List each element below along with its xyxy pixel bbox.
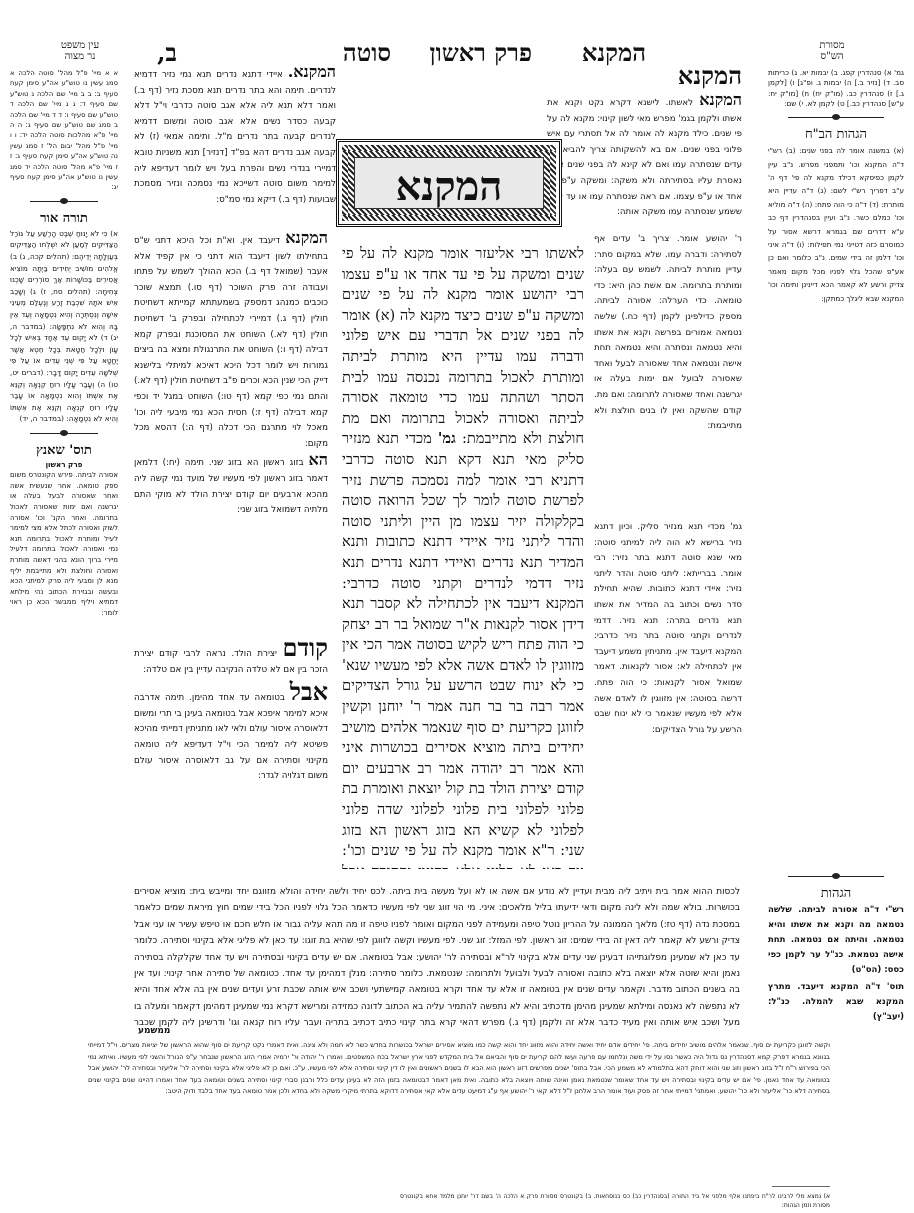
ornament-divider	[788, 117, 884, 118]
rashi-text-middle: ר' יהושע אומר. צריך ב' עדים אף לסתירה: ו…	[594, 232, 742, 435]
footer-divider	[772, 1186, 830, 1187]
gemara-label: גמ'	[438, 430, 456, 447]
tosafot-text-2: דיעבד אין. וא"ת וכל היכא דתני ש"ס בתחילת…	[134, 236, 328, 449]
masoret-label: מסורת הש"ס	[802, 40, 862, 62]
opening-word: המקנא	[354, 157, 544, 209]
tosafot-column: המקנא. איידי דתנא נדרים תנא נמי נזיר דדמ…	[134, 64, 336, 208]
ein-mishpat-label-line2: נר מצוה	[50, 51, 110, 62]
rashi-text-top: המקנא לאשתו. לישנא דקרא נקט וקנא את אשתו…	[547, 92, 742, 221]
tosafot-text-1: איידי דתנא נדרים תנא נמי נזיר דדמיא לנדר…	[134, 70, 336, 205]
hagahot-title: הגהות	[768, 885, 904, 903]
tosafot-text-5: בטומאה עד אחד מהימן. תימה אדרבה איכא למי…	[134, 693, 328, 781]
ein-mishpat-label: עין משפט נר מצוה	[50, 40, 110, 62]
rashi-column: המקנא המקנא לאשתו. לישנא דקרא נקט וקנא א…	[547, 63, 742, 221]
tosafot-dibbur-kodem: קודם	[282, 634, 328, 662]
tosafot-column-2: המקנא דיעבד אין. וא"ת וכל היכא דתני ש"ס …	[134, 230, 328, 620]
tosafot-text-3: בזוג ראשון הא בזוג שני. תימה (יח:) דלמאן…	[134, 458, 328, 515]
mishna-text: לאשתו רבי אליעזר אומר מקנא לה על פי שנים…	[342, 245, 584, 447]
ein-mishpat-column: א א מיי' פ"ל מהל' סוטה הלכה א סמג עשין נ…	[10, 68, 118, 619]
masoret-hashas-column: גמ' א) סנהדרין קפג. ב) יבמות יא. ג) כרית…	[768, 68, 904, 305]
tosafot-dibbur-ha: הא	[309, 450, 328, 469]
hagahot-habach-title: הגהות הב"ח	[768, 126, 904, 144]
masoret-label-line1: מסורת	[802, 40, 862, 51]
tosafot-shantz-text: אסורה לביתה. פירש הקונטרס משום ספק טומאה…	[10, 470, 118, 618]
tosafot-dibbur-aval: אבל	[290, 677, 328, 706]
ornament-divider	[788, 876, 884, 877]
opening-word-frame: המקנא	[336, 139, 562, 227]
torah-or-title: תורה אור	[10, 210, 118, 228]
ein-mishpat-entries: א א מיי' פ"ל מהל' סוטה הלכה א סמג עשין נ…	[10, 68, 118, 193]
tosafot-dibbur-hamakne: המקנא	[285, 230, 328, 247]
rashi-text-bottom: גמ' מכדי תנא מנזיר סליק. וכיון דתנא נזיר…	[594, 520, 742, 738]
ornament-divider	[30, 201, 98, 202]
gemara-main-text: לאשתו רבי אליעזר אומר מקנא לה על פי שנים…	[342, 244, 584, 869]
rashi-text-top-body: לאשתו. לישנא דקרא נקט וקנא את אשתו ולקמן…	[547, 98, 742, 217]
rashi-continuation: לכסות ההוא אמר בית ויתיב ליה מבית ועדיין…	[134, 884, 740, 1030]
footer-notes: א) נמצא מלי לרבינו לר"ח ביפתנו אלף מלפני…	[400, 1192, 830, 1210]
chapter-title: פרק ראשון	[430, 40, 533, 66]
tosafot-shantz-subtitle: פרק ראשון	[10, 460, 118, 470]
rashi-continuation-text: לכסות ההוא אמר בית ויתיב ליה מבית ועדיין…	[134, 887, 740, 1030]
gemara-text: מכדי תנא מנזיר סליק מאי תנא דקא תנא סוטה…	[342, 430, 584, 869]
hagahot-habach-text: (א) במשנה אומר לה בפני שנים: (ב) רש"י ד"…	[768, 144, 904, 305]
catchword: ממשמע	[138, 1026, 170, 1036]
folio-number: ב,	[157, 40, 177, 66]
hagahot-rashi-gloss: רש"י ד"ה אסורה לביתה. שלשה נטמאה מה וקנא…	[768, 903, 904, 978]
tosafot-column-3: קודם יצירת הולד. נראה לרבי קודם יצירת הז…	[134, 634, 328, 872]
rashi-chapter-word: המקנא	[547, 63, 742, 89]
masoret-label-line2: הש"ס	[802, 51, 862, 62]
hagahot-column: הגהות רש"י ד"ה אסורה לביתה. שלשה נטמאה מ…	[768, 868, 904, 1025]
tosafot-shantz-title: תוס' שאנץ	[10, 442, 118, 460]
footer-commentary: וקשה לזווגן כקריעת ים סוף. שנאמר אלהים מ…	[88, 1040, 830, 1150]
ornament-divider	[30, 433, 98, 434]
tractate-name: סוטה	[343, 40, 391, 66]
hagahot-tosafot-gloss: תוס' ד"ה המקנא דיעבד. מתרץ המקנא שבא להמ…	[768, 980, 904, 1025]
masoret-hashas-entries: גמ' א) סנהדרין קפג. ב) יבמות יא. ג) כרית…	[768, 68, 904, 109]
ein-mishpat-label-line1: עין משפט	[50, 40, 110, 51]
tosafot-lead-word: המקנא.	[288, 62, 336, 81]
torah-or-text: א) כִּי לֹא יָנוּחַ שֵׁבֶט הָרֶשַׁע עַל …	[10, 228, 118, 425]
rashi-lead-word: המקנא	[699, 90, 742, 109]
